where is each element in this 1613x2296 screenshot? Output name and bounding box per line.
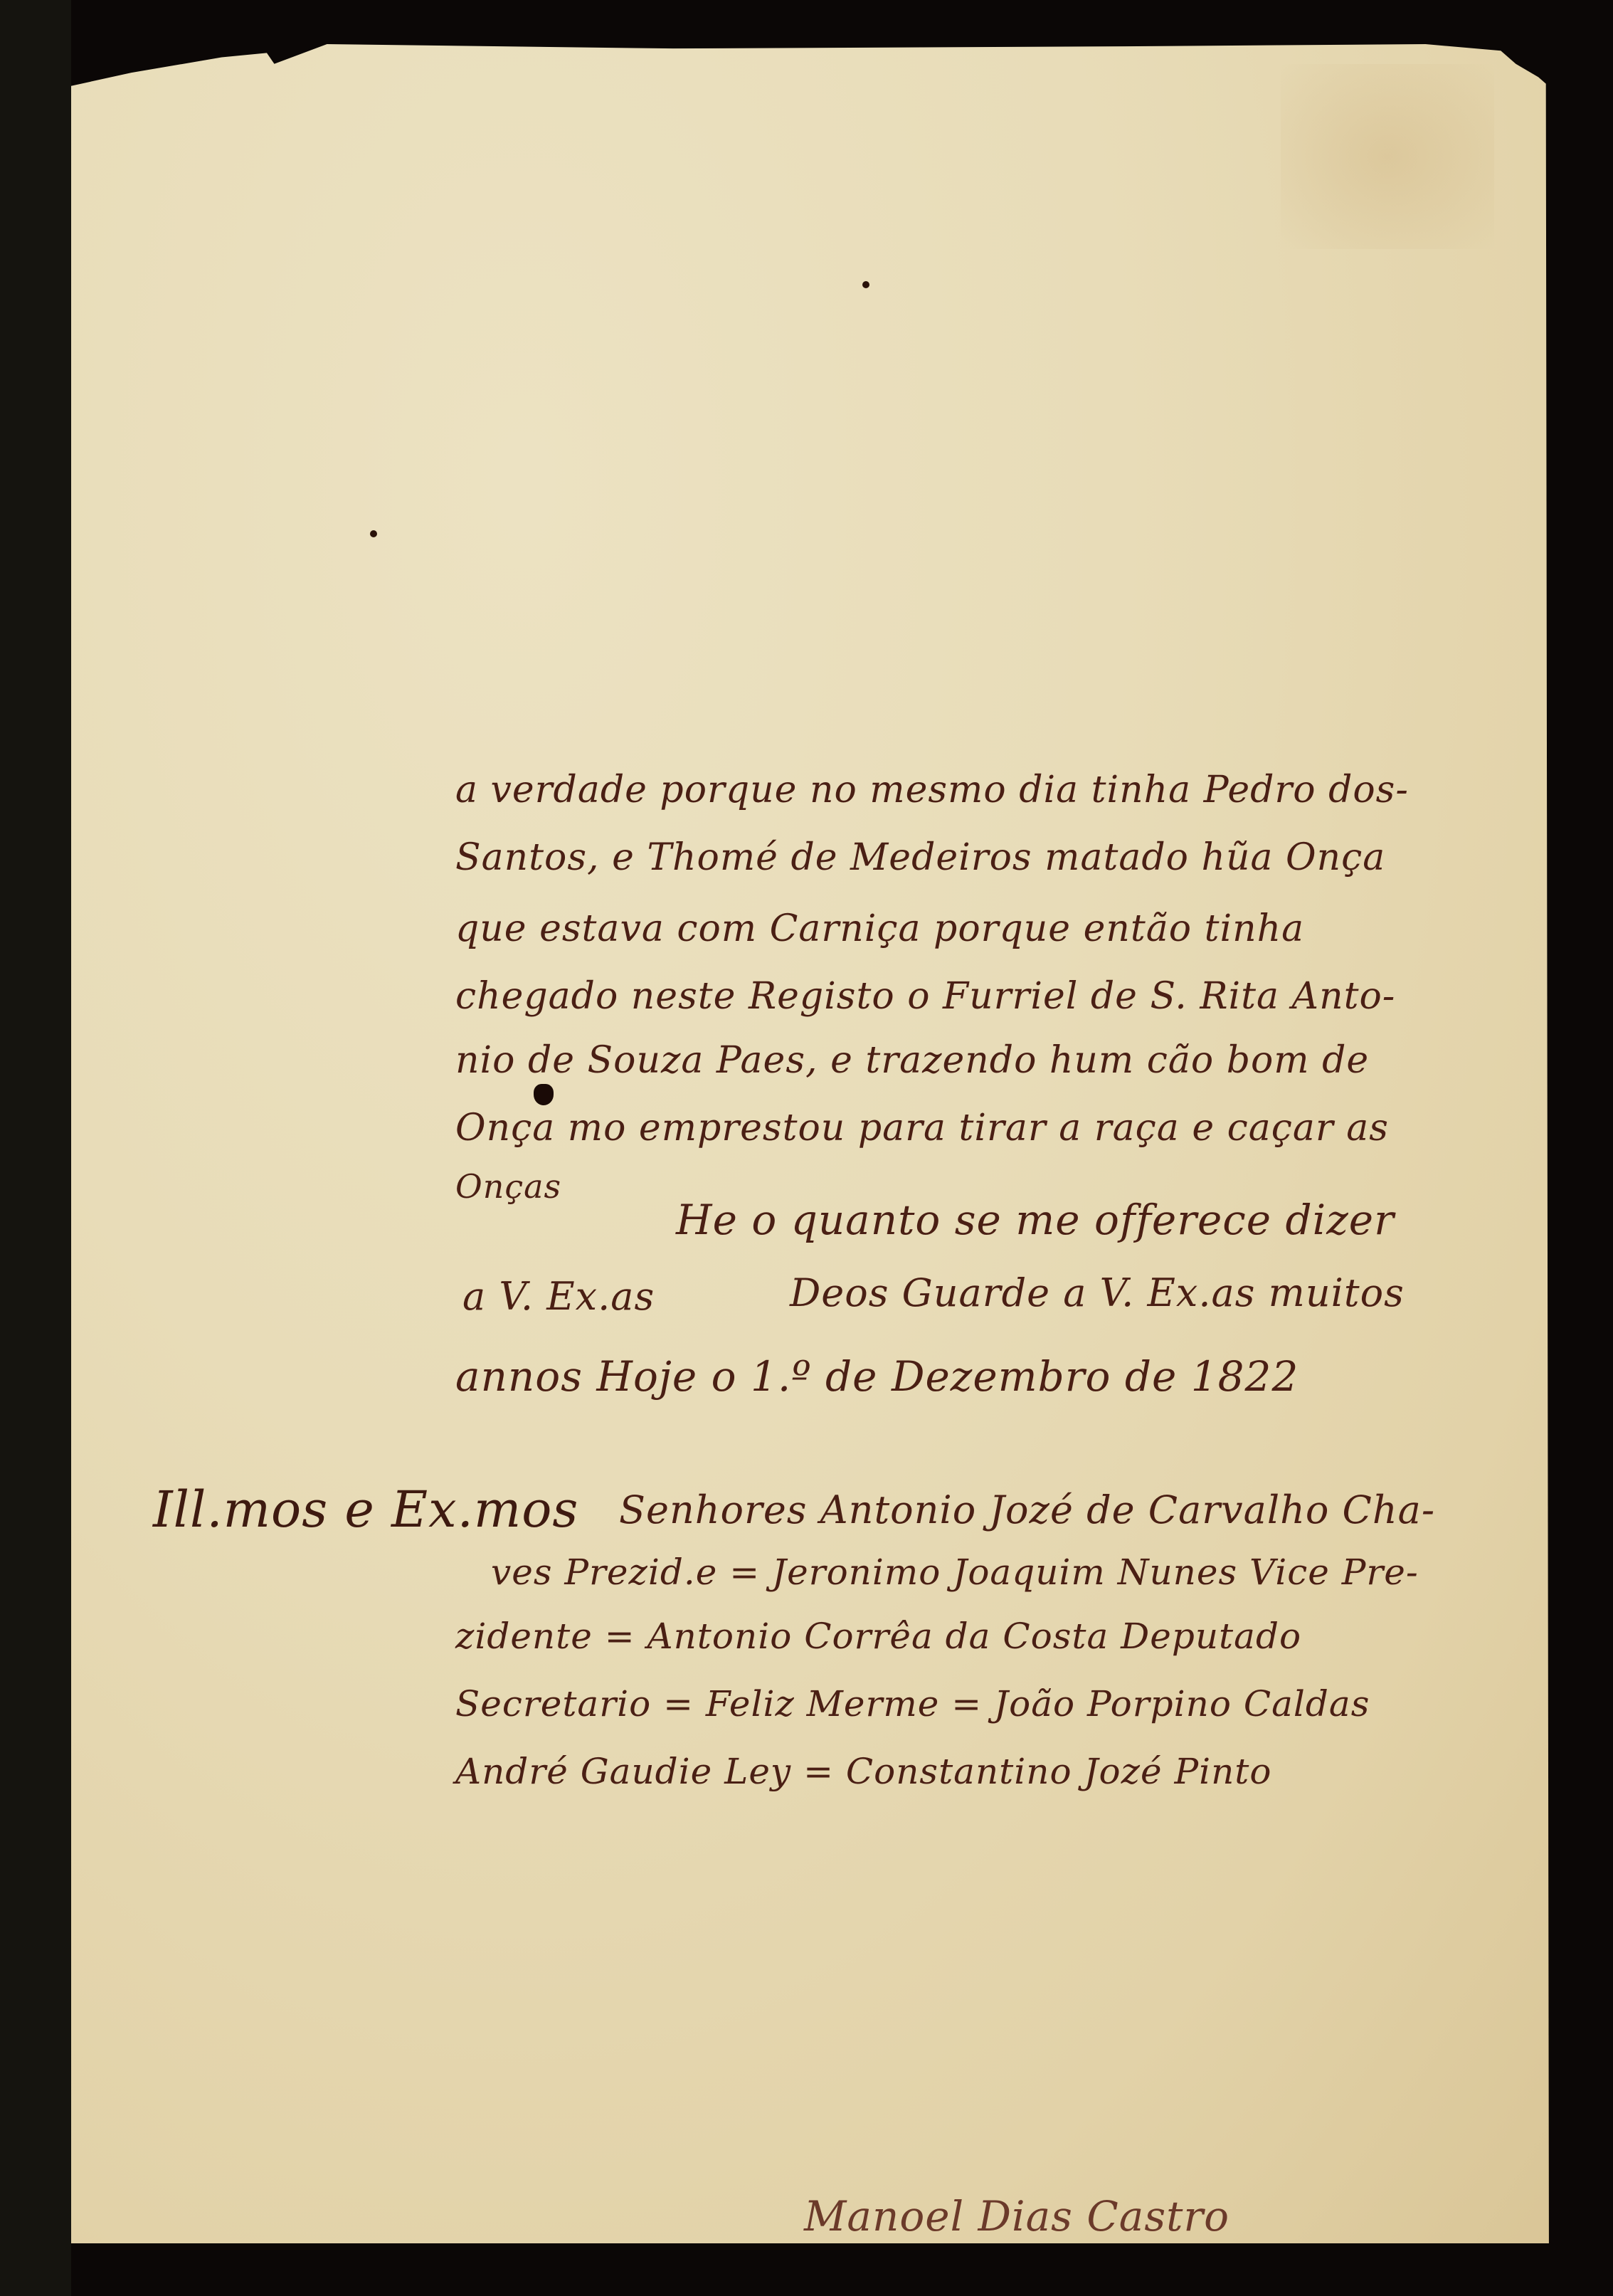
body-line-7: Onças [455, 1167, 561, 1206]
body-line-6: Onça mo emprestou para tirar a raça e ca… [455, 1107, 1389, 1149]
body-line-3: que estava com Carniça porque então tinh… [455, 907, 1304, 950]
salutation: Ill.mos e Ex.mos [153, 1480, 578, 1539]
ink-speck [862, 281, 869, 288]
addressee-line-3: zidente = Antonio Corrêa da Costa Deputa… [455, 1616, 1301, 1657]
ink-speck [370, 530, 377, 537]
body-line-2: Santos, e Thomé de Medeiros matado hũa O… [455, 836, 1385, 879]
addressee-line-5: André Gaudie Ley = Constantino Jozé Pint… [455, 1751, 1271, 1792]
ink-blot [534, 1084, 554, 1105]
body-line-1: a verdade porque no mesmo dia tinha Pedr… [455, 769, 1409, 811]
closing-date-line: annos Hoje o 1.º de Dezembro de 1822 [455, 1352, 1299, 1401]
paper-stain [1281, 64, 1494, 249]
closing-line-1: He o quanto se me offerece dizer [676, 1196, 1395, 1244]
addressee-line-2: ves Prezid.e = Jeronimo Joaquim Nunes Vi… [491, 1552, 1419, 1593]
addressee-line-1: Senhores Antonio Jozé de Carvalho Cha- [619, 1487, 1435, 1532]
signature: Manoel Dias Castro [804, 2192, 1229, 2240]
closing-line-2-left: a V. Ex.as [462, 1274, 655, 1319]
closing-line-2-right: Deos Guarde a V. Ex.as muitos [790, 1270, 1405, 1315]
body-line-5: nio de Souza Paes, e trazendo hum cão bo… [455, 1039, 1369, 1082]
scanner-background-strip [0, 0, 71, 2296]
body-line-4: chegado neste Registo o Furriel de S. Ri… [455, 975, 1395, 1018]
addressee-line-4: Secretario = Feliz Merme = João Porpino … [455, 1683, 1370, 1724]
